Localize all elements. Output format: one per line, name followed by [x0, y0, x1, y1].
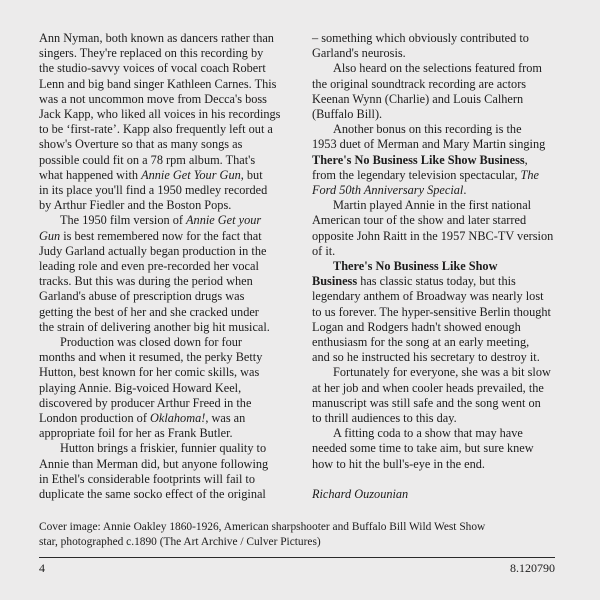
text-line: Garland's neurosis.	[312, 46, 564, 61]
text-line: and so he instructed his secretary to de…	[312, 350, 564, 365]
text: , was an	[205, 411, 245, 425]
text: ,	[525, 153, 528, 167]
right-column: – something which obviously contributed …	[312, 31, 564, 502]
paragraph: A fitting coda to a show that may have n…	[312, 426, 564, 472]
text-line: to us forever. The hyper-sensitive Berli…	[312, 305, 564, 320]
text-line: Lenn and big band singer Kathleen Carnes…	[39, 77, 294, 92]
text: is best remembered now for the fact that	[60, 229, 261, 243]
text-line: Ford 50th Anniversary Special.	[312, 183, 564, 198]
text-line: Martin played Annie in the first nationa…	[312, 198, 564, 213]
text-line: tracks. But this was during the period w…	[39, 274, 294, 289]
text-line: what happened with Annie Get Your Gun, b…	[39, 168, 294, 183]
text-line: Annie than Merman did, but anyone follow…	[39, 457, 294, 472]
text-line: how to hit the bull's-eye in the end.	[312, 457, 564, 472]
text-line: appropriate foil for her as Frank Butler…	[39, 426, 294, 441]
text-line: from the legendary television spectacula…	[312, 168, 564, 183]
cover-image-caption: Cover image: Annie Oakley 1860-1926, Ame…	[39, 520, 569, 550]
show-title: Gun	[39, 229, 60, 243]
text-line: Garland's abuse of prescription drugs wa…	[39, 289, 294, 304]
text-line: Also heard on the selections featured fr…	[312, 61, 564, 76]
text-line: manuscript was still safe and the song w…	[312, 396, 564, 411]
song-title: There's No Business Like Show Business	[312, 153, 525, 167]
text-line: Production was closed down for four	[39, 335, 294, 350]
text-line: the original soundtrack recording are ac…	[312, 77, 564, 92]
paragraph: Fortunately for everyone, she was a bit …	[312, 365, 564, 426]
left-column: Ann Nyman, both known as dancers rather …	[39, 31, 294, 502]
text-line: Judy Garland actually began production i…	[39, 244, 294, 259]
paragraph: Production was closed down for four mont…	[39, 335, 294, 441]
text-line: to thrill audiences to this day.	[312, 411, 564, 426]
text: .	[463, 183, 466, 197]
text-line: Hutton, best known for her comic skills,…	[39, 365, 294, 380]
text-line: American tour of the show and later star…	[312, 213, 564, 228]
text-line: playing Annie. Big-voiced Howard Keel,	[39, 381, 294, 396]
text-line: Fortunately for everyone, she was a bit …	[312, 365, 564, 380]
caption-line: star, photographed c.1890 (The Art Archi…	[39, 535, 569, 550]
paragraph: Hutton brings a friskier, funnier qualit…	[39, 441, 294, 502]
paragraph: There's No Business Like Show Business h…	[312, 259, 564, 365]
text: The 1950 film version of	[60, 213, 186, 227]
paragraph: Another bonus on this recording is the 1…	[312, 122, 564, 198]
text-line: Business has classic status today, but t…	[312, 274, 564, 289]
text-line: A fitting coda to a show that may have	[312, 426, 564, 441]
paragraph: Ann Nyman, both known as dancers rather …	[39, 31, 294, 213]
text: London production of	[39, 411, 150, 425]
text: from the legendary television spectacula…	[312, 168, 520, 182]
text: has classic status today, but this	[357, 274, 516, 288]
text-line: Logan and Rodgers hadn't showed enough	[312, 320, 564, 335]
text-line: Another bonus on this recording is the	[312, 122, 564, 137]
text-line: getting the best of her and she cracked …	[39, 305, 294, 320]
text-line: singers. They're replaced on this record…	[39, 46, 294, 61]
text: , but	[241, 168, 263, 182]
text-line: possible could fit on a 78 rpm album. Th…	[39, 153, 294, 168]
show-title: Annie Get Your Gun	[141, 168, 241, 182]
text-line: – something which obviously contributed …	[312, 31, 564, 46]
text-line: opposite John Raitt in the 1957 NBC-TV v…	[312, 229, 564, 244]
show-title: Annie Get your	[186, 213, 261, 227]
text-line: legendary anthem of Broadway was nearly …	[312, 289, 564, 304]
text: what happened with	[39, 168, 141, 182]
paragraph: – something which obviously contributed …	[312, 31, 564, 61]
text-line: at her job and when cooler heads prevail…	[312, 381, 564, 396]
text-line: needed some time to take aim, but sure k…	[312, 441, 564, 456]
text-line: Hutton brings a friskier, funnier qualit…	[39, 441, 294, 456]
special-title: The	[520, 168, 538, 182]
author-signature: Richard Ouzounian	[312, 487, 564, 502]
paragraph: Martin played Annie in the first nationa…	[312, 198, 564, 259]
text-line: There's No Business Like Show	[312, 259, 564, 274]
text-line: by Arthur Fiedler and the Boston Pops.	[39, 198, 294, 213]
text-line: was a not uncommon move from Decca's bos…	[39, 92, 294, 107]
text-line: The 1950 film version of Annie Get your	[39, 213, 294, 228]
text-line: There's No Business Like Show Business,	[312, 153, 564, 168]
caption-line: Cover image: Annie Oakley 1860-1926, Ame…	[39, 520, 569, 535]
text-line: duplicate the same socko effect of the o…	[39, 487, 294, 502]
text-line: of it.	[312, 244, 564, 259]
text-line: the studio-savvy voices of vocal coach R…	[39, 61, 294, 76]
text-line: Gun is best remembered now for the fact …	[39, 229, 294, 244]
text-line: London production of Oklahoma!, was an	[39, 411, 294, 426]
text-line: months and when it resumed, the perky Be…	[39, 350, 294, 365]
text-line: to be ‘first-rate’. Kapp also frequently…	[39, 122, 294, 137]
text-line: Keenan Wynn (Charlie) and Louis Calhern	[312, 92, 564, 107]
text-line: enthusiasm for the song at an early meet…	[312, 335, 564, 350]
page-number: 4	[39, 561, 45, 576]
special-title: Ford 50th Anniversary Special	[312, 183, 463, 197]
text-line: show's Overture so that as many songs as	[39, 137, 294, 152]
text-line: discovered by producer Arthur Freed in t…	[39, 396, 294, 411]
text-line: (Buffalo Bill).	[312, 107, 564, 122]
show-title: Oklahoma!	[150, 411, 205, 425]
song-title: There's No Business Like Show	[333, 259, 497, 273]
text-line: Jack Kapp, who liked all voices in his r…	[39, 107, 294, 122]
song-title: Business	[312, 274, 357, 288]
text-line: in its place you'll find a 1950 medley r…	[39, 183, 294, 198]
paragraph: The 1950 film version of Annie Get your …	[39, 213, 294, 335]
catalog-number: 8.120790	[510, 561, 555, 576]
footer-rule	[39, 557, 555, 558]
text-line: the strain of delivering another big hit…	[39, 320, 294, 335]
text-line: 1953 duet of Merman and Mary Martin sing…	[312, 137, 564, 152]
text-line: Ann Nyman, both known as dancers rather …	[39, 31, 294, 46]
text-line: in Ethel's considerable footprints will …	[39, 472, 294, 487]
text-line: leading role and even pre-recorded her v…	[39, 259, 294, 274]
paragraph: Also heard on the selections featured fr…	[312, 61, 564, 122]
